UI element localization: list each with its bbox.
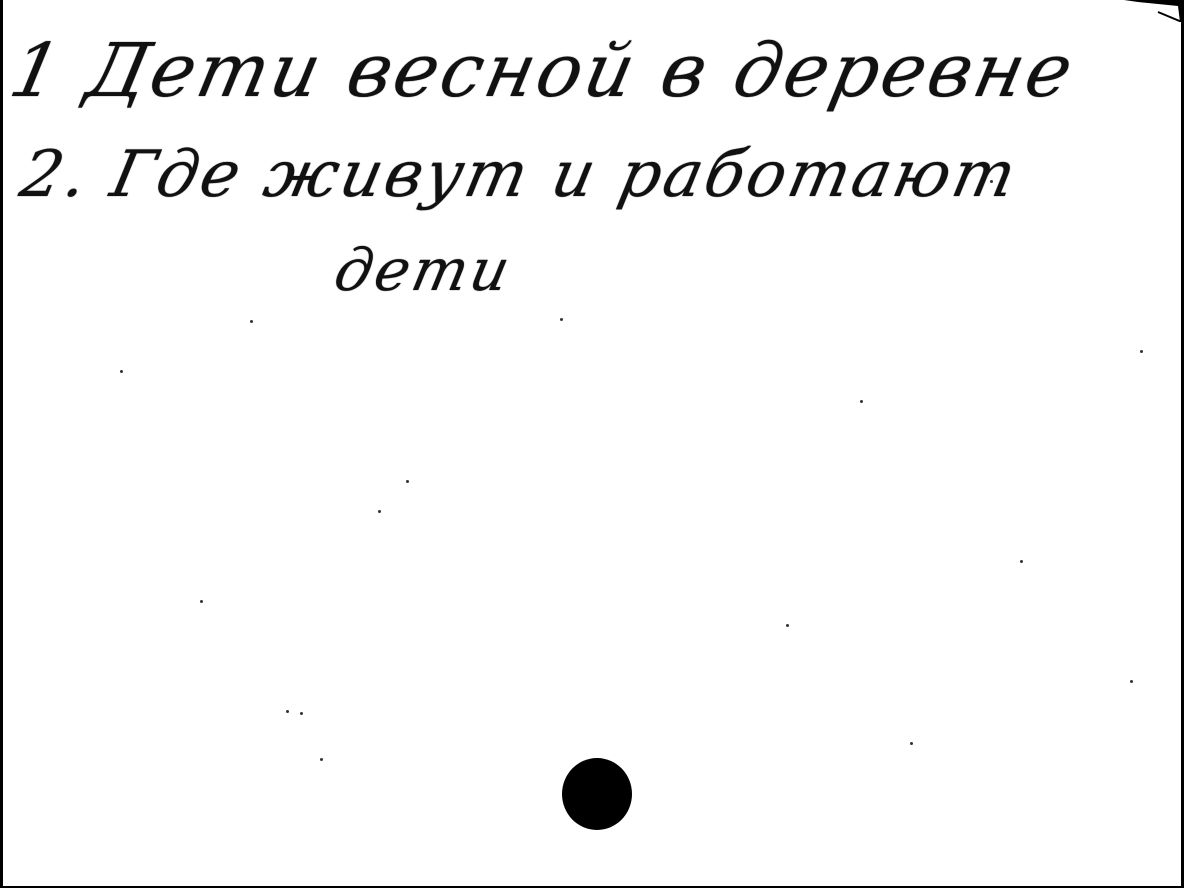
corner-fold-mark (1124, 0, 1184, 22)
handwritten-line-2: 2. Где живут и работают (14, 138, 1025, 212)
index-card: 1 Дети весной в деревне 2. Где живут и р… (0, 0, 1184, 888)
card-border-left (0, 0, 3, 888)
handwritten-line-3: дети (329, 236, 519, 304)
handwritten-line-1: 1 Дети весной в деревне (3, 28, 1083, 114)
punch-hole (562, 758, 632, 830)
